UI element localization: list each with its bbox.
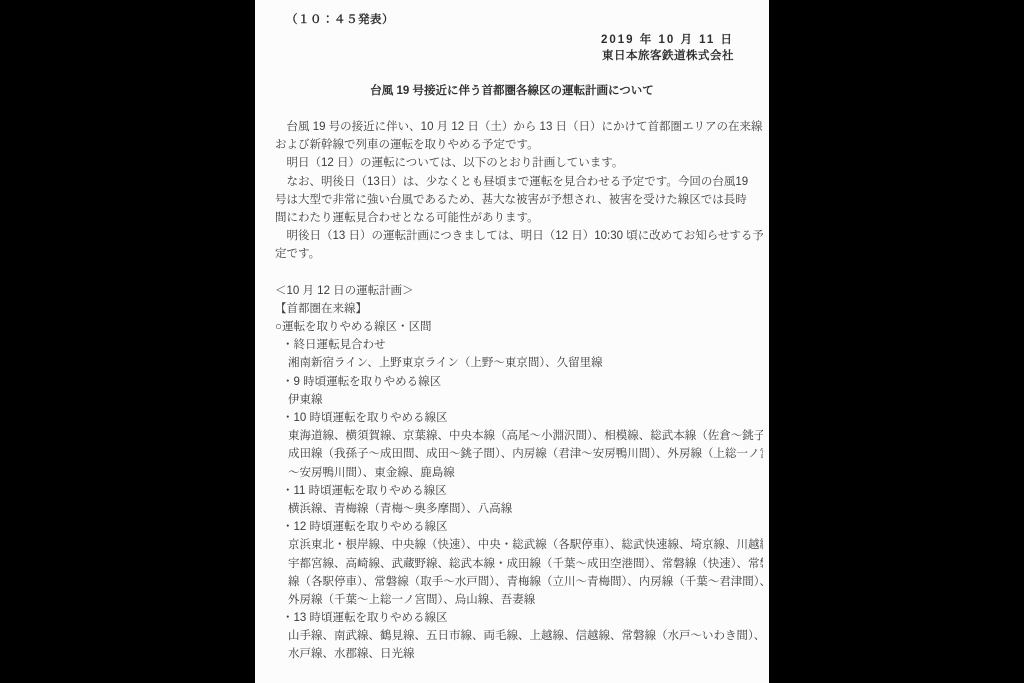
plan-line: ・9 時頃運転を取りやめる線区 xyxy=(275,373,763,391)
plan-line: ・13 時頃運転を取りやめる線区 xyxy=(275,609,763,627)
plan-line: ＜10 月 12 日の運転計画＞ xyxy=(275,282,763,300)
plan-line: 線（各駅停車）、常磐線（取手～水戸間）、青梅線（立川～青梅間）、内房線（千葉～君… xyxy=(275,573,763,591)
plan-line: ～安房鴨川間）、東金線、鹿島線 xyxy=(275,464,763,482)
plan-line: 成田線（我孫子～成田間、成田～銚子間）、内房線（君津～安房鴨川間）、外房線（上総… xyxy=(275,445,763,463)
plan-line: 京浜東北・根岸線、中央線（快速）、中央・総武線（各駅停車）、総武快速線、埼京線、… xyxy=(275,536,763,554)
paragraph-line: および新幹線で列車の運転を取りやめる予定です。 xyxy=(275,136,763,154)
letterbox-background: （１０：４５発表） 2019 年 10 月 11 日 東日本旅客鉄道株式会社 台… xyxy=(0,0,1024,683)
paragraph-line: 間にわたり運転見合わせとなる可能性があります。 xyxy=(275,209,763,227)
company-name: 東日本旅客鉄道株式会社 xyxy=(602,47,734,63)
paragraph-line: 号は大型で非常に強い台風であるため、甚大な被害が予想され、被害を受けた線区では長… xyxy=(275,191,763,209)
plan-line: 【首都圏在来線】 xyxy=(275,300,763,318)
document-body: 台風 19 号の接近に伴い、10 月 12 日（土）から 13 日（日）にかけて… xyxy=(275,118,763,664)
plan-line: 伊東線 xyxy=(275,391,763,409)
document-page: （１０：４５発表） 2019 年 10 月 11 日 東日本旅客鉄道株式会社 台… xyxy=(255,0,769,683)
plan-line: ・11 時頃運転を取りやめる線区 xyxy=(275,482,763,500)
plan-line: ・12 時頃運転を取りやめる線区 xyxy=(275,518,763,536)
intro-paragraphs: 台風 19 号の接近に伴い、10 月 12 日（土）から 13 日（日）にかけて… xyxy=(275,118,763,264)
operation-plan: ＜10 月 12 日の運転計画＞【首都圏在来線】○運転を取りやめる線区・区間・終… xyxy=(275,282,763,664)
paragraph-line: 明日（12 日）の運転については、以下のとおり計画しています。 xyxy=(275,154,763,172)
paragraph-line: なお、明後日（13日）は、少なくとも昼頃まで運転を見合わせる予定です。今回の台風… xyxy=(275,173,763,191)
plan-line: ・終日運転見合わせ xyxy=(275,336,763,354)
paragraph-line: 定です。 xyxy=(275,245,763,263)
plan-line: 湘南新宿ライン、上野東京ライン（上野～東京間）、久留里線 xyxy=(275,354,763,372)
plan-line: 東海道線、横須賀線、京葉線、中央本線（高尾～小淵沢間）、相模線、総武本線（佐倉～… xyxy=(275,427,763,445)
plan-line: 山手線、南武線、鶴見線、五日市線、両毛線、上越線、信越線、常磐線（水戸～いわき間… xyxy=(275,627,763,645)
plan-line: 外房線（千葉～上総一ノ宮間）、烏山線、吾妻線 xyxy=(275,591,763,609)
publish-date: 2019 年 10 月 11 日 xyxy=(601,31,734,47)
paragraph-line: 明後日（13 日）の運転計画につきましては、明日（12 日）10:30 頃に改め… xyxy=(275,227,763,245)
plan-line: 水戸線、水郡線、日光線 xyxy=(275,645,763,663)
plan-line: 横浜線、青梅線（青梅～奥多摩間）、八高線 xyxy=(275,500,763,518)
release-time-label: （１０：４５発表） xyxy=(286,11,394,27)
plan-line: ・10 時頃運転を取りやめる線区 xyxy=(275,409,763,427)
paragraph-line: 台風 19 号の接近に伴い、10 月 12 日（土）から 13 日（日）にかけて… xyxy=(275,118,763,136)
plan-line: 宇都宮線、高崎線、武蔵野線、総武本線・成田線（千葉～成田空港間）、常磐線（快速）… xyxy=(275,555,763,573)
plan-line: ○運転を取りやめる線区・区間 xyxy=(275,318,763,336)
document-title: 台風 19 号接近に伴う首都圏各線区の運転計画について xyxy=(255,82,769,98)
